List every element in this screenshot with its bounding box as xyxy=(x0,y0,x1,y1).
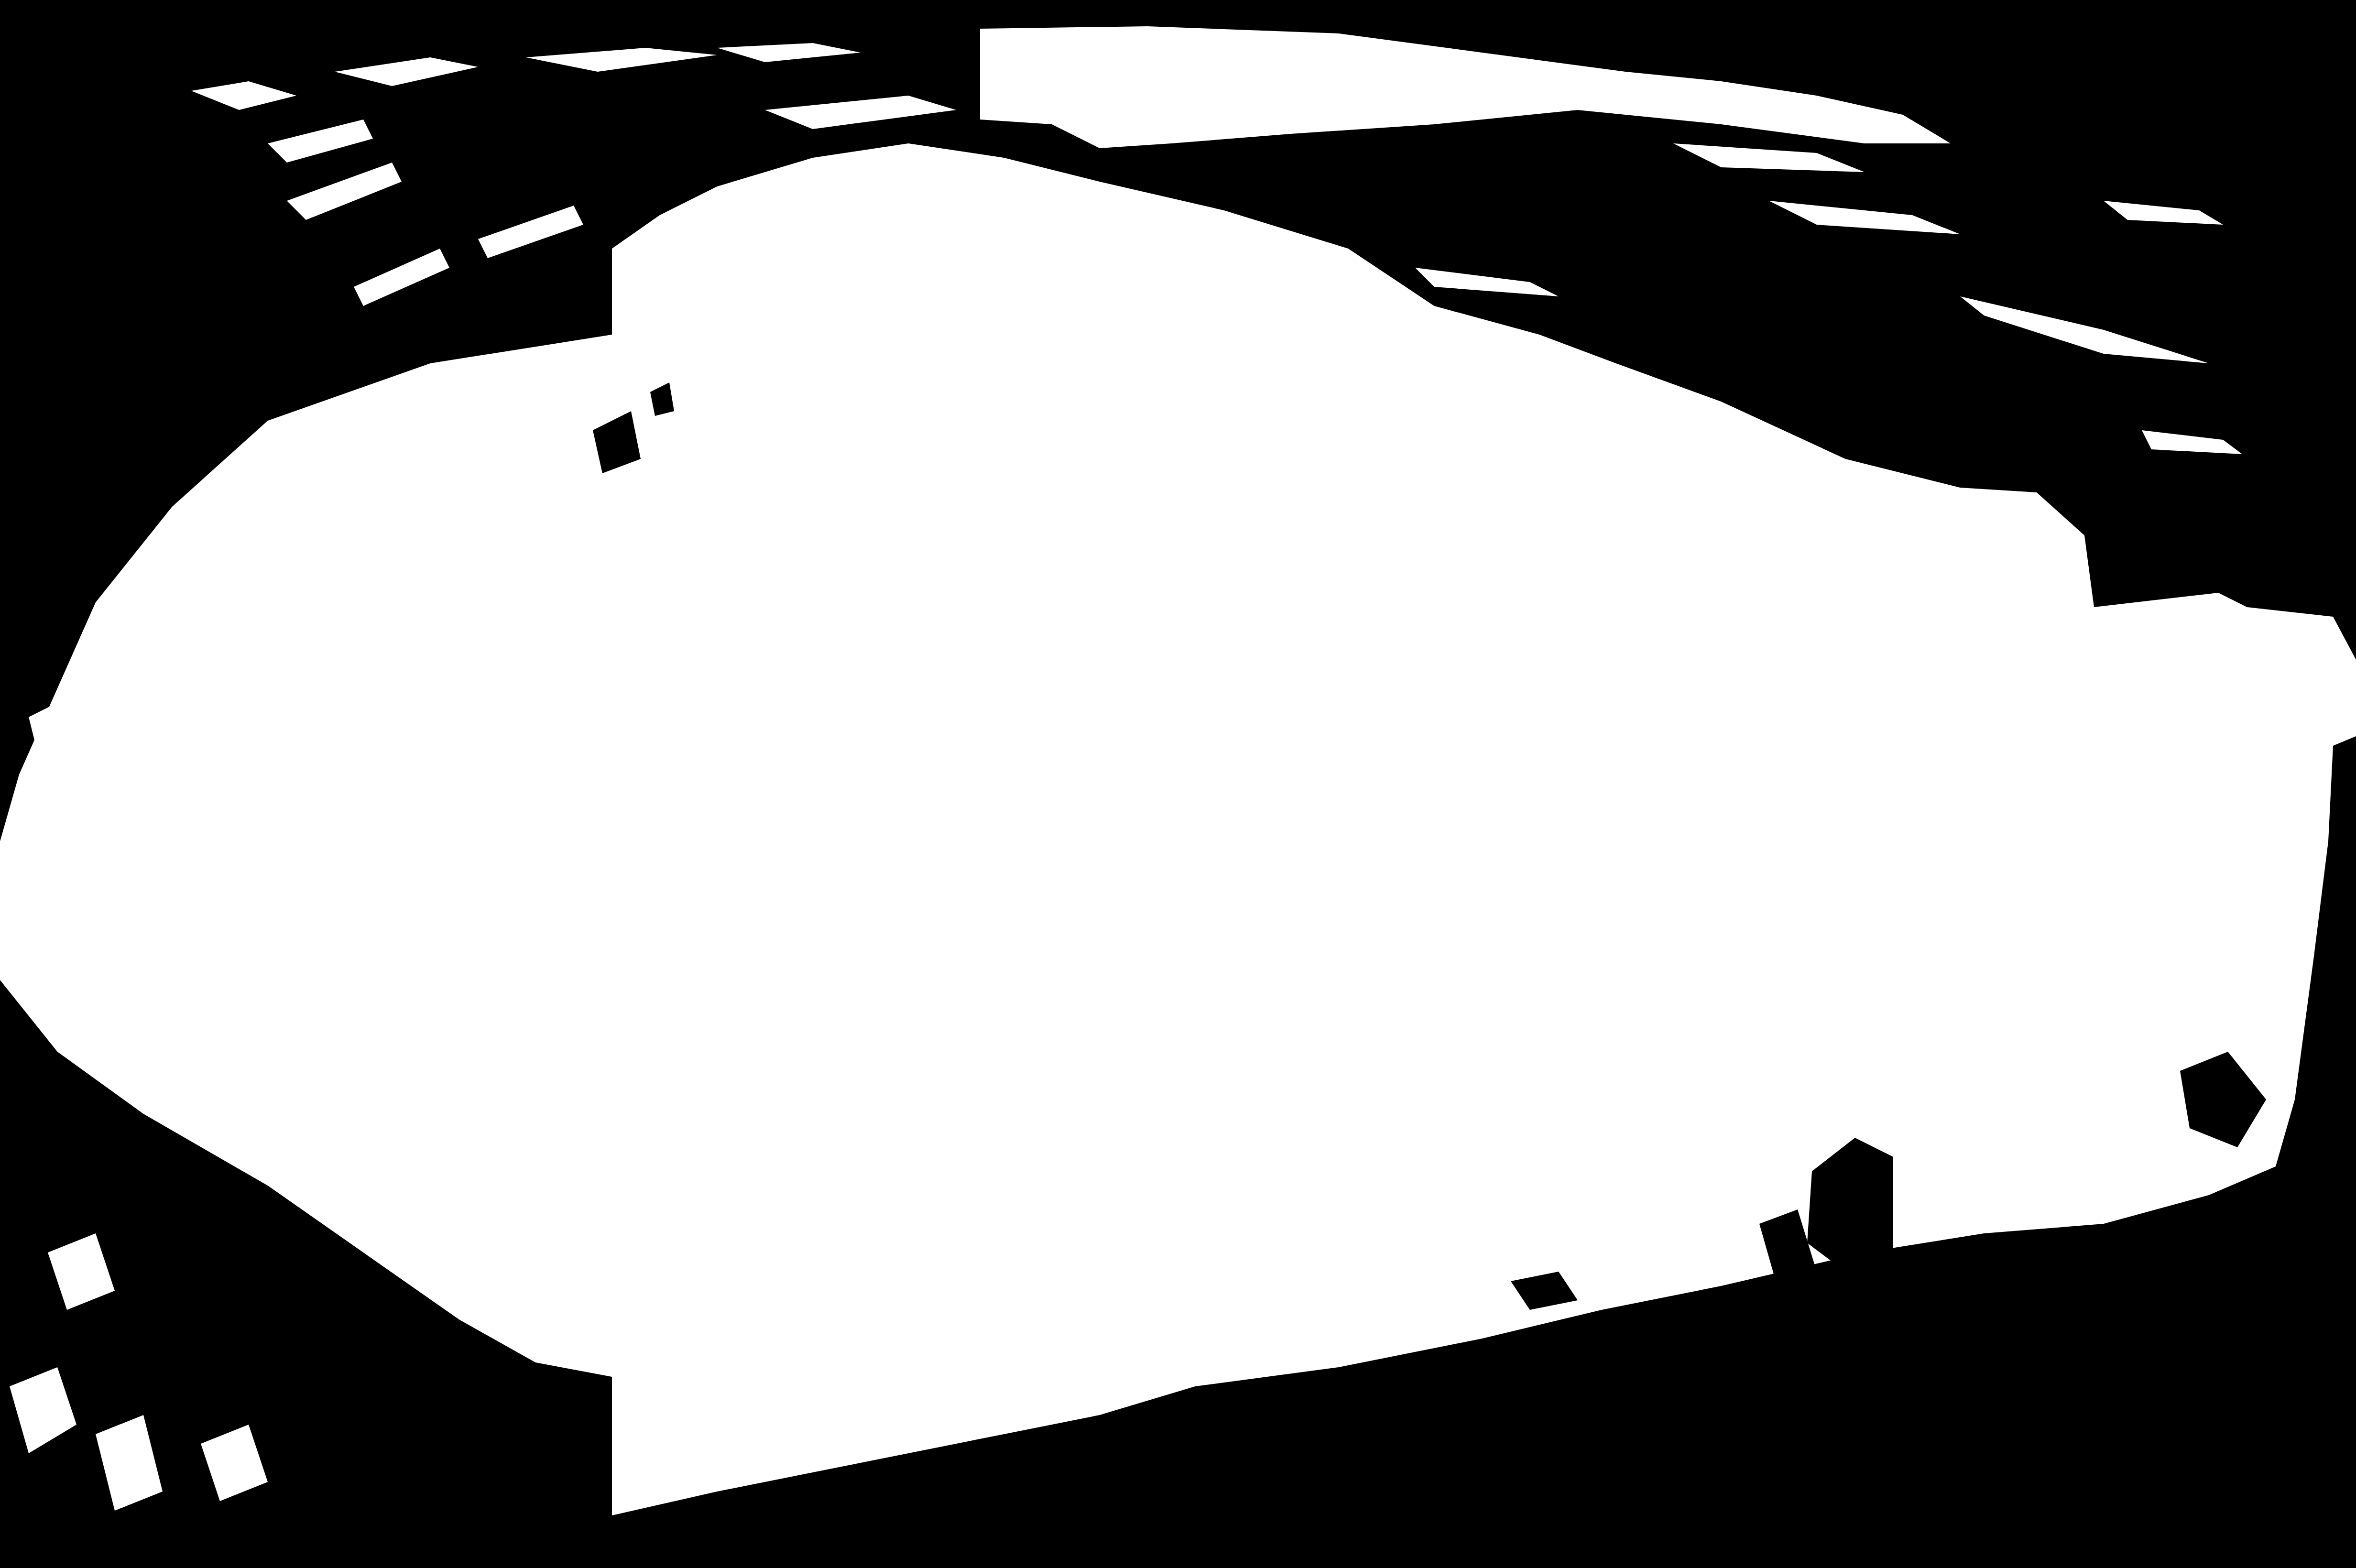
segmentation-mask xyxy=(0,0,2356,1568)
